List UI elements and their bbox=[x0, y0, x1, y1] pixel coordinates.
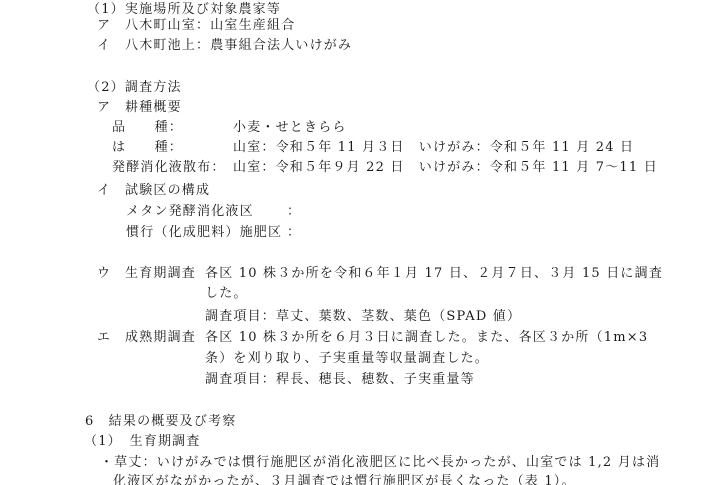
section-2-heading: （2）調査方法 bbox=[87, 80, 182, 96]
plot-label: 慣行（化成肥料）施肥区 bbox=[126, 225, 282, 241]
paragraph-line: 条）を刈り取り、子実重量等収量調査した。 bbox=[205, 351, 489, 367]
subsection-heading: （1） 生育期調査 bbox=[84, 434, 201, 450]
paragraph-line: 調査項目：草丈、葉数、茎数、葉色（SPAD 値） bbox=[205, 309, 521, 325]
section-1-heading: （1）実施場所及び対象農家等 bbox=[87, 2, 281, 18]
spec-value: 山室：令和５年 11 月３日 いけがみ：令和５年 11 月 24 日 bbox=[233, 140, 634, 156]
item-marker: イ bbox=[97, 38, 125, 54]
paragraph-line: した。 bbox=[205, 286, 248, 302]
subsection-title: 成熟期調査 bbox=[125, 330, 196, 345]
plot-colon: ： bbox=[287, 225, 301, 241]
subsection-heading: イ試験区の構成 bbox=[97, 183, 210, 199]
subsection-heading: ア耕種概要 bbox=[97, 100, 182, 116]
list-item: ア八木町山室：山室生産組合 bbox=[97, 18, 295, 34]
item-marker: ア bbox=[97, 18, 125, 34]
item-marker: エ bbox=[97, 330, 125, 346]
paragraph-line: 各区 10 株３か所を令和６年１月 17 日、２月７日、３月 15 日に調査 bbox=[205, 266, 663, 282]
spec-label: 発酵消化液散布： bbox=[112, 160, 226, 176]
subsection-title: 試験区の構成 bbox=[125, 183, 210, 198]
spec-label: 品 種： bbox=[112, 120, 183, 136]
item-marker: ア bbox=[97, 100, 125, 116]
item-text: 八木町山室：山室生産組合 bbox=[125, 18, 295, 33]
spec-label: は 種： bbox=[112, 140, 183, 156]
subsection-title: 生育期調査 bbox=[125, 266, 196, 281]
section-6-heading: 6 結果の概要及び考察 bbox=[85, 414, 236, 430]
plot-label: メタン発酵消化液区 bbox=[126, 204, 254, 220]
spec-value: 山室：令和５年９月 22 日 いけがみ：令和５年 11 月 7〜11 日 bbox=[233, 160, 658, 176]
bullet-line: ・草丈：いけがみでは慣行施肥区が消化液肥区に比べ長かったが、山室では 1,2 月… bbox=[100, 455, 660, 471]
bullet-line: 化液区がながかったが、３月調査では慣行施肥区が長くなった（表 1）。 bbox=[113, 474, 576, 485]
item-marker: イ bbox=[97, 183, 125, 199]
paragraph-line: 各区 10 株３か所を６月３日に調査した。また、各区３か所（1m×3 bbox=[205, 330, 648, 346]
subsection-title: 耕種概要 bbox=[125, 100, 182, 115]
subsection-heading: ウ生育期調査 bbox=[97, 266, 196, 282]
spec-value: 小麦・せときらら bbox=[233, 120, 347, 136]
item-text: 八木町池上：農事組合法人いけがみ bbox=[125, 38, 352, 53]
plot-colon: ： bbox=[287, 204, 301, 220]
list-item: イ八木町池上：農事組合法人いけがみ bbox=[97, 38, 352, 54]
item-marker: ウ bbox=[97, 266, 125, 282]
paragraph-line: 調査項目：稈長、穂長、穂数、子実重量等 bbox=[205, 372, 475, 388]
subsection-heading: エ成熟期調査 bbox=[97, 330, 196, 346]
